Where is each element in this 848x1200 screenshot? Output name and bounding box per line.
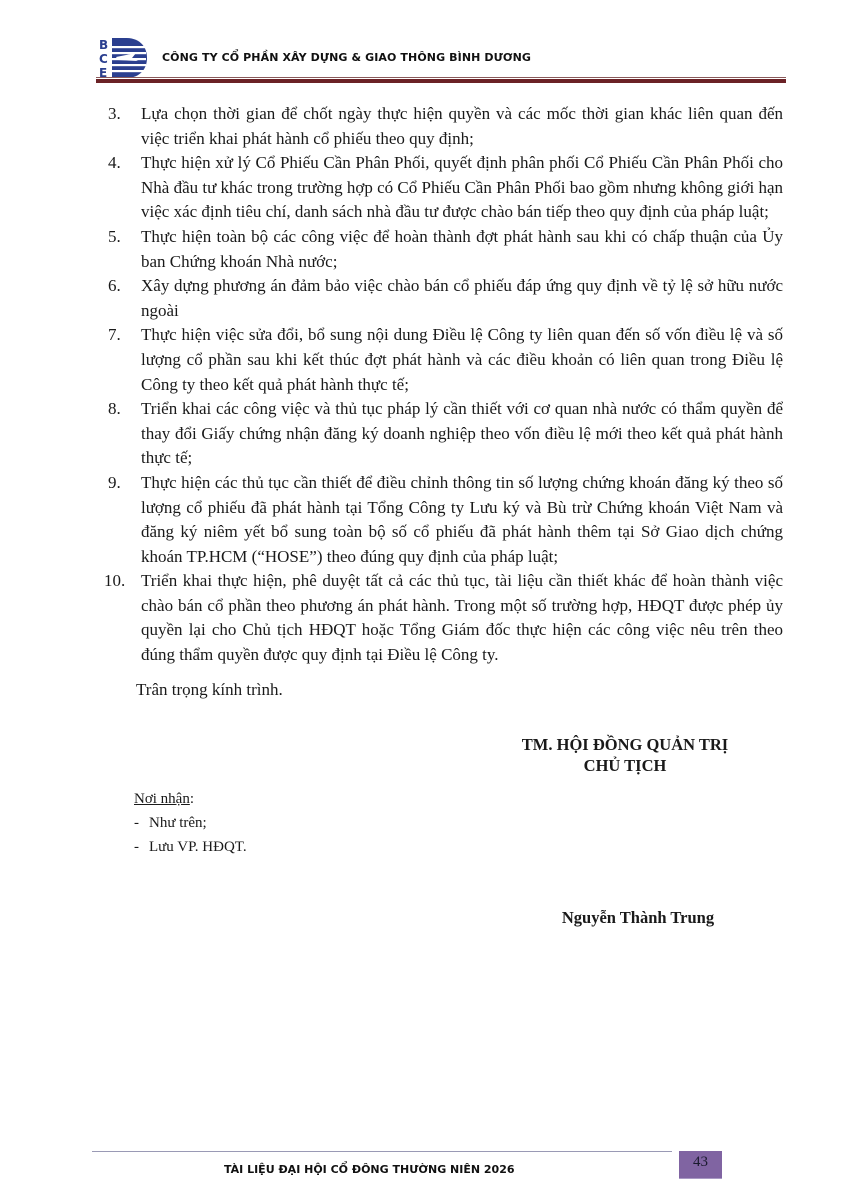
recipient-item: -Lưu VP. HĐQT. [134, 835, 247, 859]
list-item: 5. Thực hiện toàn bộ các công việc để ho… [108, 225, 783, 274]
list-item-text: Xây dựng phương án đảm bảo việc chào bán… [141, 276, 783, 320]
list-item-number: 6. [108, 274, 138, 299]
footer-divider [92, 1151, 672, 1152]
list-item: 10. Triển khai thực hiện, phê duyệt tất … [108, 569, 783, 667]
signature-role: CHỦ TỊCH [480, 755, 770, 776]
recipient-item: -Như trên; [134, 811, 247, 835]
list-item: 6. Xây dựng phương án đảm bảo việc chào … [108, 274, 783, 323]
document-body: 3. Lựa chọn thời gian để chốt ngày thực … [108, 102, 783, 702]
list-item-text: Thực hiện các thủ tục cần thiết để điều … [141, 473, 783, 566]
list-item: 4. Thực hiện xử lý Cổ Phiếu Cần Phân Phố… [108, 151, 783, 225]
list-item-text: Thực hiện xử lý Cổ Phiếu Cần Phân Phối, … [141, 153, 783, 221]
list-item-text: Thực hiện toàn bộ các công việc để hoàn … [141, 227, 783, 271]
list-item: 8. Triển khai các công việc và thủ tục p… [108, 397, 783, 471]
svg-text:B: B [99, 38, 108, 52]
page-number-badge: 43 [679, 1151, 722, 1179]
list-item-text: Triển khai thực hiện, phê duyệt tất cả c… [141, 571, 783, 664]
list-item-number: 8. [108, 397, 138, 422]
list-item-text: Lựa chọn thời gian để chốt ngày thực hiệ… [141, 104, 783, 148]
list-item: 7. Thực hiện việc sửa đổi, bổ sung nội d… [108, 323, 783, 397]
footer-title: TÀI LIỆU ĐẠI HỘI CỔ ĐÔNG THƯỜNG NIÊN 202… [224, 1163, 515, 1176]
list-item-number: 7. [108, 323, 138, 348]
recipients-heading: Nơi nhận: [134, 787, 247, 811]
recipients-block: Nơi nhận: -Như trên; -Lưu VP. HĐQT. [134, 787, 247, 859]
list-item: 3. Lựa chọn thời gian để chốt ngày thực … [108, 102, 783, 151]
list-item-number: 9. [108, 471, 138, 496]
list-item-number: 10. [104, 569, 134, 594]
closing-remark: Trân trọng kính trình. [108, 678, 783, 703]
svg-text:C: C [99, 52, 108, 66]
recipients-title: Nơi nhận [134, 791, 190, 807]
list-item: 9. Thực hiện các thủ tục cần thiết để đi… [108, 471, 783, 569]
list-item-number: 3. [108, 102, 138, 127]
company-name: CÔNG TY CỔ PHẦN XÂY DỰNG & GIAO THÔNG BÌ… [162, 51, 531, 64]
list-item-number: 4. [108, 151, 138, 176]
header-divider-thick [96, 79, 786, 83]
signature-title: TM. HỘI ĐỒNG QUẢN TRỊ [480, 734, 770, 755]
bce-logo-icon: B C E [98, 37, 148, 79]
list-item-number: 5. [108, 225, 138, 250]
signer-name: Nguyễn Thành Trung [480, 908, 796, 928]
header-divider-thin [96, 77, 786, 78]
list-item-text: Thực hiện việc sửa đổi, bổ sung nội dung… [141, 325, 783, 393]
list-item-text: Triển khai các công việc và thủ tục pháp… [141, 399, 783, 467]
task-list: 3. Lựa chọn thời gian để chốt ngày thực … [108, 102, 783, 668]
signature-block: TM. HỘI ĐỒNG QUẢN TRỊ CHỦ TỊCH [480, 734, 770, 776]
